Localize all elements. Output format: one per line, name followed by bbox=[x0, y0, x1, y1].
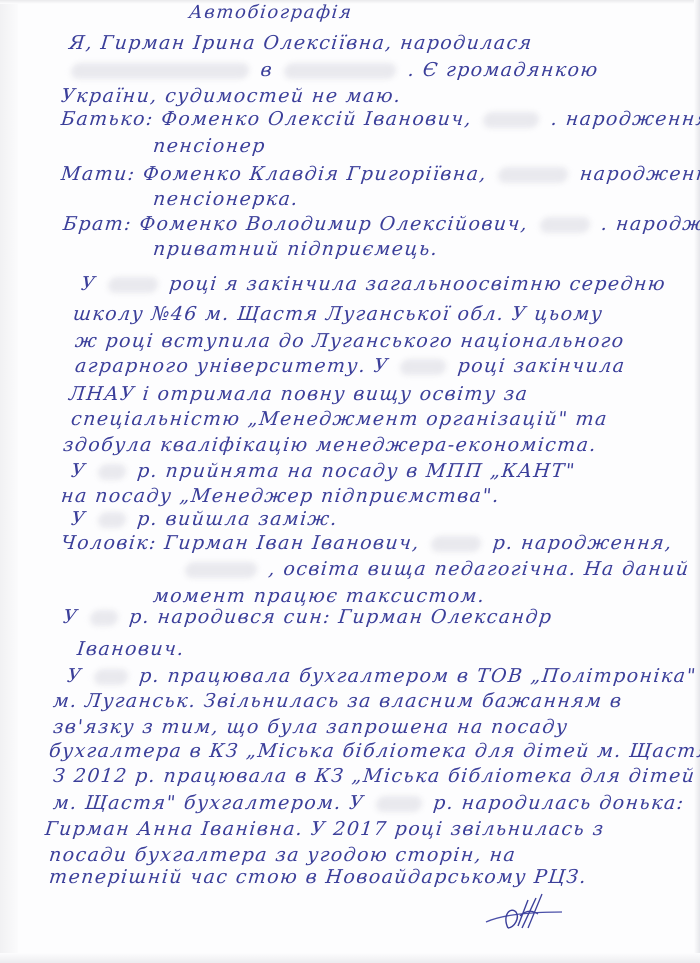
line-text: році я закінчила загальноосвітню середню bbox=[168, 273, 667, 295]
text-line-28: бухгалтера в КЗ „Міська бібліотека для д… bbox=[48, 740, 700, 762]
text-line-29: З 2012 р. працювала в КЗ „Міська бібліот… bbox=[52, 765, 697, 787]
text-line-27: зв'язку з тим, що була запрошена на поса… bbox=[52, 716, 569, 738]
text-line-12: ж році вступила до Луганського національ… bbox=[74, 330, 626, 352]
paper-edge-bottom bbox=[0, 953, 700, 963]
redacted-year bbox=[375, 796, 423, 812]
line-text: У bbox=[66, 665, 83, 687]
line-text: У bbox=[70, 508, 87, 530]
redacted-birthplace bbox=[284, 63, 398, 79]
line-text: посади бухгалтера за угодою сторін, на bbox=[48, 844, 517, 866]
line-text: України, судимостей не маю. bbox=[60, 85, 403, 107]
text-line-4: Батько: Фоменко Олексій Іванович, . наро… bbox=[60, 108, 700, 130]
line-text: Мати: Фоменко Клавдія Григоріївна, bbox=[60, 163, 488, 185]
line-text: зв'язку з тим, що була запрошена на поса… bbox=[52, 716, 569, 738]
text-line-23: У р. народився син: Гирман Олександр bbox=[62, 606, 554, 628]
line-text: момент працює таксистом. bbox=[152, 585, 487, 607]
text-line-20: Чоловік: Гирман Іван Іванович, р. народж… bbox=[60, 532, 674, 554]
line-text: р. народження, bbox=[492, 532, 674, 554]
redacted-year bbox=[497, 167, 569, 183]
line-text: У bbox=[62, 606, 79, 628]
text-line-15: спеціальністю „Менеджмент організацій" т… bbox=[70, 408, 609, 430]
signature-mark bbox=[484, 892, 564, 934]
redacted-year bbox=[399, 359, 447, 375]
line-text: р. народився син: Гирман Олександр bbox=[128, 606, 554, 628]
text-line-11: школу №46 м. Щастя Луганської обл. У цьо… bbox=[72, 303, 604, 325]
document-title: Автобіографія bbox=[188, 2, 354, 23]
text-line-8: Брат: Фоменко Володимир Олексійович, . н… bbox=[62, 213, 700, 235]
line-text: спеціальністю „Менеджмент організацій" т… bbox=[70, 408, 609, 430]
text-line-30: м. Щастя" бухгалтером. У р. народилась д… bbox=[52, 792, 686, 814]
text-line-26: м. Луганськ. Звільнилась за власним бажа… bbox=[52, 690, 624, 712]
line-text: Іванович. bbox=[76, 638, 186, 660]
redacted-year bbox=[430, 536, 482, 552]
text-line-3: України, судимостей не маю. bbox=[60, 85, 403, 107]
redacted-year bbox=[539, 217, 591, 233]
redacted-year bbox=[89, 610, 119, 626]
line-text: У bbox=[80, 273, 97, 295]
line-text: р. прийнята на посаду в МПП „КАНТ" bbox=[136, 460, 577, 482]
text-line-31: Гирман Анна Іванівна. У 2017 році звільн… bbox=[44, 818, 606, 840]
text-line-2: в . Є громадянкою bbox=[66, 59, 600, 81]
line-text: аграрного університету. У bbox=[74, 355, 390, 377]
line-text: м. Щастя" бухгалтером. У bbox=[52, 792, 366, 814]
line-text: здобула кваліфікацію менеджера-економіст… bbox=[62, 434, 598, 456]
line-text: приватний підприємець. bbox=[152, 238, 439, 260]
line-text: р. народилась донька: bbox=[432, 792, 686, 814]
text-line-19: У р. вийшла заміж. bbox=[70, 508, 339, 530]
line-text: . народження, bbox=[550, 108, 700, 130]
redacted-year bbox=[97, 464, 127, 480]
line-text: році закінчила bbox=[457, 355, 627, 377]
text-line-6: Мати: Фоменко Клавдія Григоріївна, народ… bbox=[60, 163, 700, 185]
line-text: . Є громадянкою bbox=[407, 59, 600, 81]
text-line-21: , освіта вища педагогічна. На даний bbox=[180, 558, 691, 580]
text-line-17: У р. прийнята на посаду в МПП „КАНТ" bbox=[70, 460, 577, 482]
line-text: У bbox=[70, 460, 87, 482]
line-text: . народження, bbox=[600, 213, 700, 235]
document-page: Автобіографія Я, Гирман Ірина Олексіївна… bbox=[0, 0, 700, 963]
line-text: З 2012 р. працювала в КЗ „Міська бібліот… bbox=[52, 765, 697, 787]
line-text: Я, Гирман Ірина Олексіївна, народилася bbox=[68, 32, 534, 54]
redacted-birthdate bbox=[70, 63, 250, 79]
text-line-16: здобула кваліфікацію менеджера-економіст… bbox=[62, 434, 598, 456]
redacted-year bbox=[93, 669, 129, 685]
redacted-year bbox=[97, 512, 127, 528]
text-line-13: аграрного університету. У році закінчила bbox=[74, 355, 627, 377]
text-line-32: посади бухгалтера за угодою сторін, на bbox=[48, 844, 517, 866]
line-text: бухгалтера в КЗ „Міська бібліотека для д… bbox=[48, 740, 700, 762]
line-text: пенсіонерка. bbox=[152, 188, 300, 210]
redacted-year bbox=[483, 112, 541, 128]
text-line-14: ЛНАУ і отримала повну вищу освіту за bbox=[68, 383, 529, 405]
line-text: пенсіонер bbox=[152, 135, 267, 157]
redacted-year bbox=[107, 277, 159, 293]
line-text: теперішній час стою в Новоайдарському РЦ… bbox=[48, 866, 588, 888]
line-text: м. Луганськ. Звільнилась за власним бажа… bbox=[52, 690, 624, 712]
paper-edge-left bbox=[0, 0, 18, 963]
line-text: Гирман Анна Іванівна. У 2017 році звільн… bbox=[44, 818, 606, 840]
line-text: , освіта вища педагогічна. На даний bbox=[267, 558, 690, 580]
text-line-22: момент працює таксистом. bbox=[152, 585, 487, 607]
line-text: р. працювала бухгалтером в ТОВ „Політрон… bbox=[138, 665, 698, 687]
redacted-birthplace bbox=[184, 562, 258, 578]
line-text: школу №46 м. Щастя Луганської обл. У цьо… bbox=[72, 303, 604, 325]
text-line-33: теперішній час стою в Новоайдарському РЦ… bbox=[48, 866, 588, 888]
paper-edge-right bbox=[694, 0, 700, 963]
line-text: Чоловік: Гирман Іван Іванович, bbox=[60, 532, 421, 554]
line-text: народження, bbox=[579, 163, 700, 185]
line-text: ж році вступила до Луганського національ… bbox=[74, 330, 626, 352]
text-line-18: на посаду „Менеджер підприємства". bbox=[60, 485, 501, 507]
line-text: на посаду „Менеджер підприємства". bbox=[60, 485, 501, 507]
line-text: в bbox=[259, 59, 274, 81]
line-text: р. вийшла заміж. bbox=[136, 508, 339, 530]
line-text: Батько: Фоменко Олексій Іванович, bbox=[60, 108, 473, 130]
line-text: Брат: Фоменко Володимир Олексійович, bbox=[62, 213, 529, 235]
text-line-10: У році я закінчила загальноосвітню серед… bbox=[80, 273, 667, 295]
text-line-9: приватний підприємець. bbox=[152, 238, 439, 260]
line-text: ЛНАУ і отримала повну вищу освіту за bbox=[68, 383, 529, 405]
text-line-1: Я, Гирман Ірина Олексіївна, народилася bbox=[68, 32, 534, 54]
text-line-25: У р. працювала бухгалтером в ТОВ „Політр… bbox=[66, 665, 698, 687]
text-line-7: пенсіонерка. bbox=[152, 188, 300, 210]
text-line-5: пенсіонер bbox=[152, 135, 267, 157]
text-line-24: Іванович. bbox=[76, 638, 186, 660]
